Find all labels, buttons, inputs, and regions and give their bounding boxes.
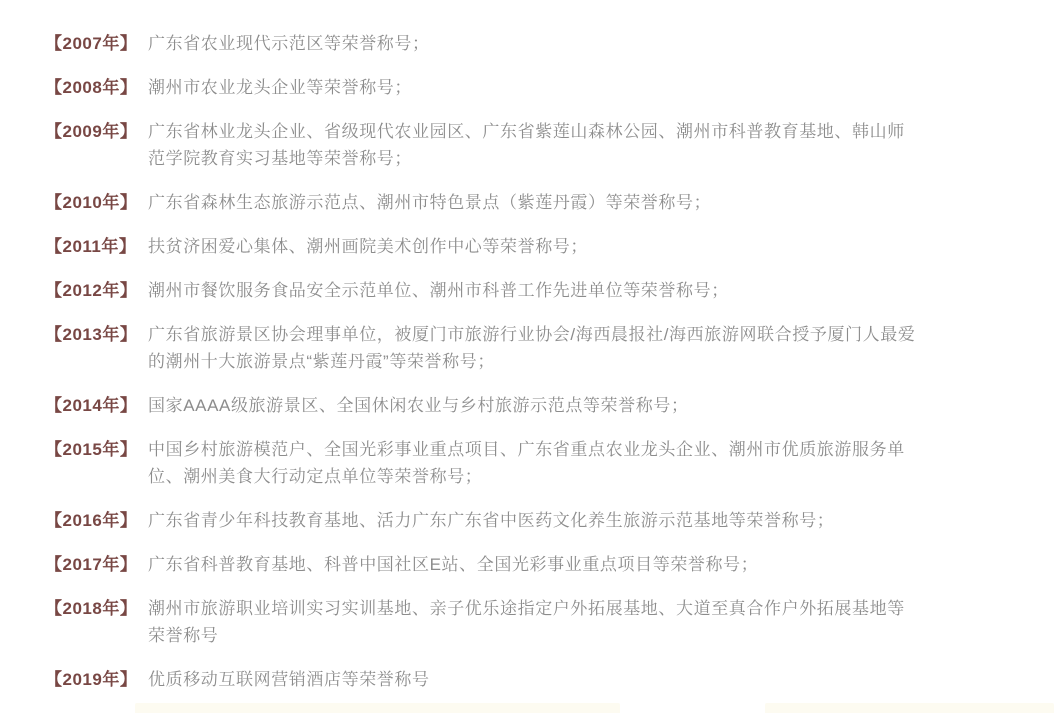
bottom-artifact-segment-right <box>765 703 1054 713</box>
honor-year-label: 【2017年】 <box>45 551 148 578</box>
honor-year-label: 【2013年】 <box>45 321 148 348</box>
honor-year-label: 【2011年】 <box>45 233 148 260</box>
honors-list: 【2007年】 广东省农业现代示范区等荣誉称号； 【2008年】 潮州市农业龙头… <box>45 30 916 693</box>
honor-year-label: 【2019年】 <box>45 666 148 693</box>
honor-text: 中国乡村旅游模范户、全国光彩事业重点项目、广东省重点农业龙头企业、潮州市优质旅游… <box>148 436 916 490</box>
honor-text: 潮州市农业龙头企业等荣誉称号； <box>148 74 916 101</box>
honor-entry: 【2009年】 广东省林业龙头企业、省级现代农业园区、广东省紫莲山森林公园、潮州… <box>45 118 916 172</box>
honor-year-label: 【2015年】 <box>45 436 148 463</box>
honor-year-label: 【2009年】 <box>45 118 148 145</box>
honor-year-label: 【2014年】 <box>45 392 148 419</box>
bottom-artifact-segment-left <box>135 703 620 713</box>
honor-entry: 【2018年】 潮州市旅游职业培训实习实训基地、亲子优乐途指定户外拓展基地、大道… <box>45 595 916 649</box>
honor-text: 国家AAAA级旅游景区、全国休闲农业与乡村旅游示范点等荣誉称号； <box>148 392 916 419</box>
honor-entry: 【2013年】 广东省旅游景区协会理事单位，被厦门市旅游行业协会/海西晨报社/海… <box>45 321 916 375</box>
honors-page: 【2007年】 广东省农业现代示范区等荣誉称号； 【2008年】 潮州市农业龙头… <box>0 0 1054 713</box>
honor-year-label: 【2016年】 <box>45 507 148 534</box>
honor-entry: 【2007年】 广东省农业现代示范区等荣誉称号； <box>45 30 916 57</box>
honor-text: 扶贫济困爱心集体、潮州画院美术创作中心等荣誉称号； <box>148 233 916 260</box>
honor-entry: 【2019年】 优质移动互联网营销酒店等荣誉称号 <box>45 666 916 693</box>
honor-entry: 【2008年】 潮州市农业龙头企业等荣誉称号； <box>45 74 916 101</box>
honor-entry: 【2014年】 国家AAAA级旅游景区、全国休闲农业与乡村旅游示范点等荣誉称号； <box>45 392 916 419</box>
honor-entry: 【2012年】 潮州市餐饮服务食品安全示范单位、潮州市科普工作先进单位等荣誉称号… <box>45 277 916 304</box>
honor-text: 广东省林业龙头企业、省级现代农业园区、广东省紫莲山森林公园、潮州市科普教育基地、… <box>148 118 916 172</box>
honor-year-label: 【2007年】 <box>45 30 148 57</box>
honor-year-label: 【2008年】 <box>45 74 148 101</box>
honor-text: 广东省青少年科技教育基地、活力广东广东省中医药文化养生旅游示范基地等荣誉称号； <box>148 507 916 534</box>
honor-entry: 【2016年】 广东省青少年科技教育基地、活力广东广东省中医药文化养生旅游示范基… <box>45 507 916 534</box>
honor-text: 广东省森林生态旅游示范点、潮州市特色景点（紫莲丹霞）等荣誉称号； <box>148 189 916 216</box>
honor-entry: 【2017年】 广东省科普教育基地、科普中国社区E站、全国光彩事业重点项目等荣誉… <box>45 551 916 578</box>
honor-text: 广东省旅游景区协会理事单位，被厦门市旅游行业协会/海西晨报社/海西旅游网联合授予… <box>148 321 916 375</box>
honor-text: 广东省农业现代示范区等荣誉称号； <box>148 30 916 57</box>
honor-year-label: 【2018年】 <box>45 595 148 622</box>
bottom-edge-artifact <box>0 699 1054 713</box>
honor-text: 广东省科普教育基地、科普中国社区E站、全国光彩事业重点项目等荣誉称号； <box>148 551 916 578</box>
honor-text: 优质移动互联网营销酒店等荣誉称号 <box>148 666 916 693</box>
honor-entry: 【2015年】 中国乡村旅游模范户、全国光彩事业重点项目、广东省重点农业龙头企业… <box>45 436 916 490</box>
honor-text: 潮州市餐饮服务食品安全示范单位、潮州市科普工作先进单位等荣誉称号； <box>148 277 916 304</box>
honor-year-label: 【2012年】 <box>45 277 148 304</box>
honor-year-label: 【2010年】 <box>45 189 148 216</box>
honor-entry: 【2011年】 扶贫济困爱心集体、潮州画院美术创作中心等荣誉称号； <box>45 233 916 260</box>
honor-entry: 【2010年】 广东省森林生态旅游示范点、潮州市特色景点（紫莲丹霞）等荣誉称号； <box>45 189 916 216</box>
honor-text: 潮州市旅游职业培训实习实训基地、亲子优乐途指定户外拓展基地、大道至真合作户外拓展… <box>148 595 916 649</box>
